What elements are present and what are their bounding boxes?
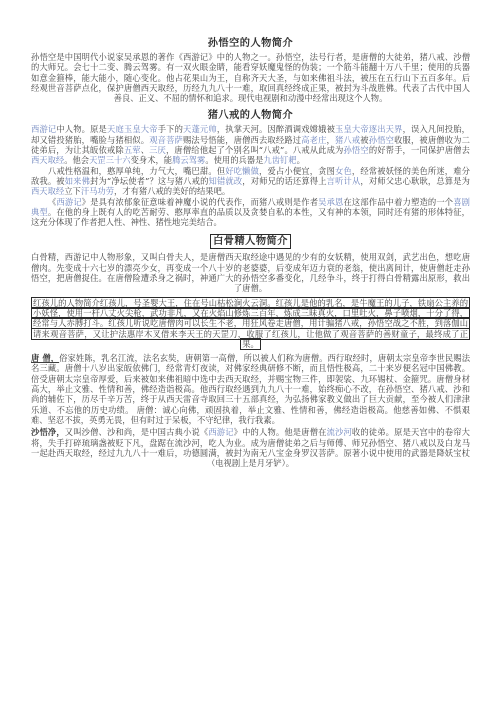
paragraph-sunwukong-intro: 孙悟空是中国明代小说家吴承恩的著作《西游记》中的人物之一。孙悟空，法号行者，是唐… bbox=[31, 52, 470, 103]
section-title-zhubajie: 猪八戒的人物简介 bbox=[31, 109, 470, 122]
paragraph-shawujing-intro: 沙悟净，又叫沙僧、沙和尚，是中国古典小说《西游记》中的人物。他是唐僧在流沙河收的… bbox=[31, 427, 470, 468]
paragraph-honghaier-intro: 红孩儿的人物简介红孩儿，号圣婴大王，住在号山枯松涧火云洞。红孩儿是他的乳名，是牛… bbox=[31, 298, 470, 349]
paragraph-tangseng-intro: 唐 僧，俗家姓陈，乳名江流，法名玄奘，唐朝第一高僧，所以被人们称为唐僧。西行取经… bbox=[31, 353, 470, 425]
section-title-baigujing: 白骨精人物简介 bbox=[31, 235, 470, 248]
paragraph-zhubajie-analysis: 《西游记》是具有浓郁象征意味着神魔小说的代表作，而猪八戒则是作者吴承恩在这部作品… bbox=[31, 197, 470, 228]
document-page: 孙悟空的人物简介 孙悟空是中国明代小说家吴承恩的著作《西游记》中的人物之一。孙悟… bbox=[0, 0, 500, 708]
boxed-title-text: 白骨精人物简介 bbox=[210, 234, 291, 249]
paragraph-zhubajie-character: 八戒性格温和，憨厚单纯，力气大，嘴巴甜。但好吃懒做，爱占小便宜，贪图女色，经常被… bbox=[31, 166, 470, 197]
paragraph-zhubajie-intro: 西游记中人物。原是天庭玉皇大帝手下的天蓬元帅，执掌天河。因醉酒调戏嫦娥被玉皇大帝… bbox=[31, 124, 470, 165]
paragraph-baigujing-intro: 白骨精，西游记中人物形象，又叫白骨夫人，是唐僧西天取经途中遇见的少有的女妖精，使… bbox=[31, 252, 470, 293]
boxed-paragraph-text: 红孩儿的人物简介红孩儿，号圣婴大王，住在号山枯松涧火云洞。红孩儿是他的乳名，是牛… bbox=[31, 297, 470, 350]
section-title-sunwukong: 孙悟空的人物简介 bbox=[31, 37, 470, 50]
